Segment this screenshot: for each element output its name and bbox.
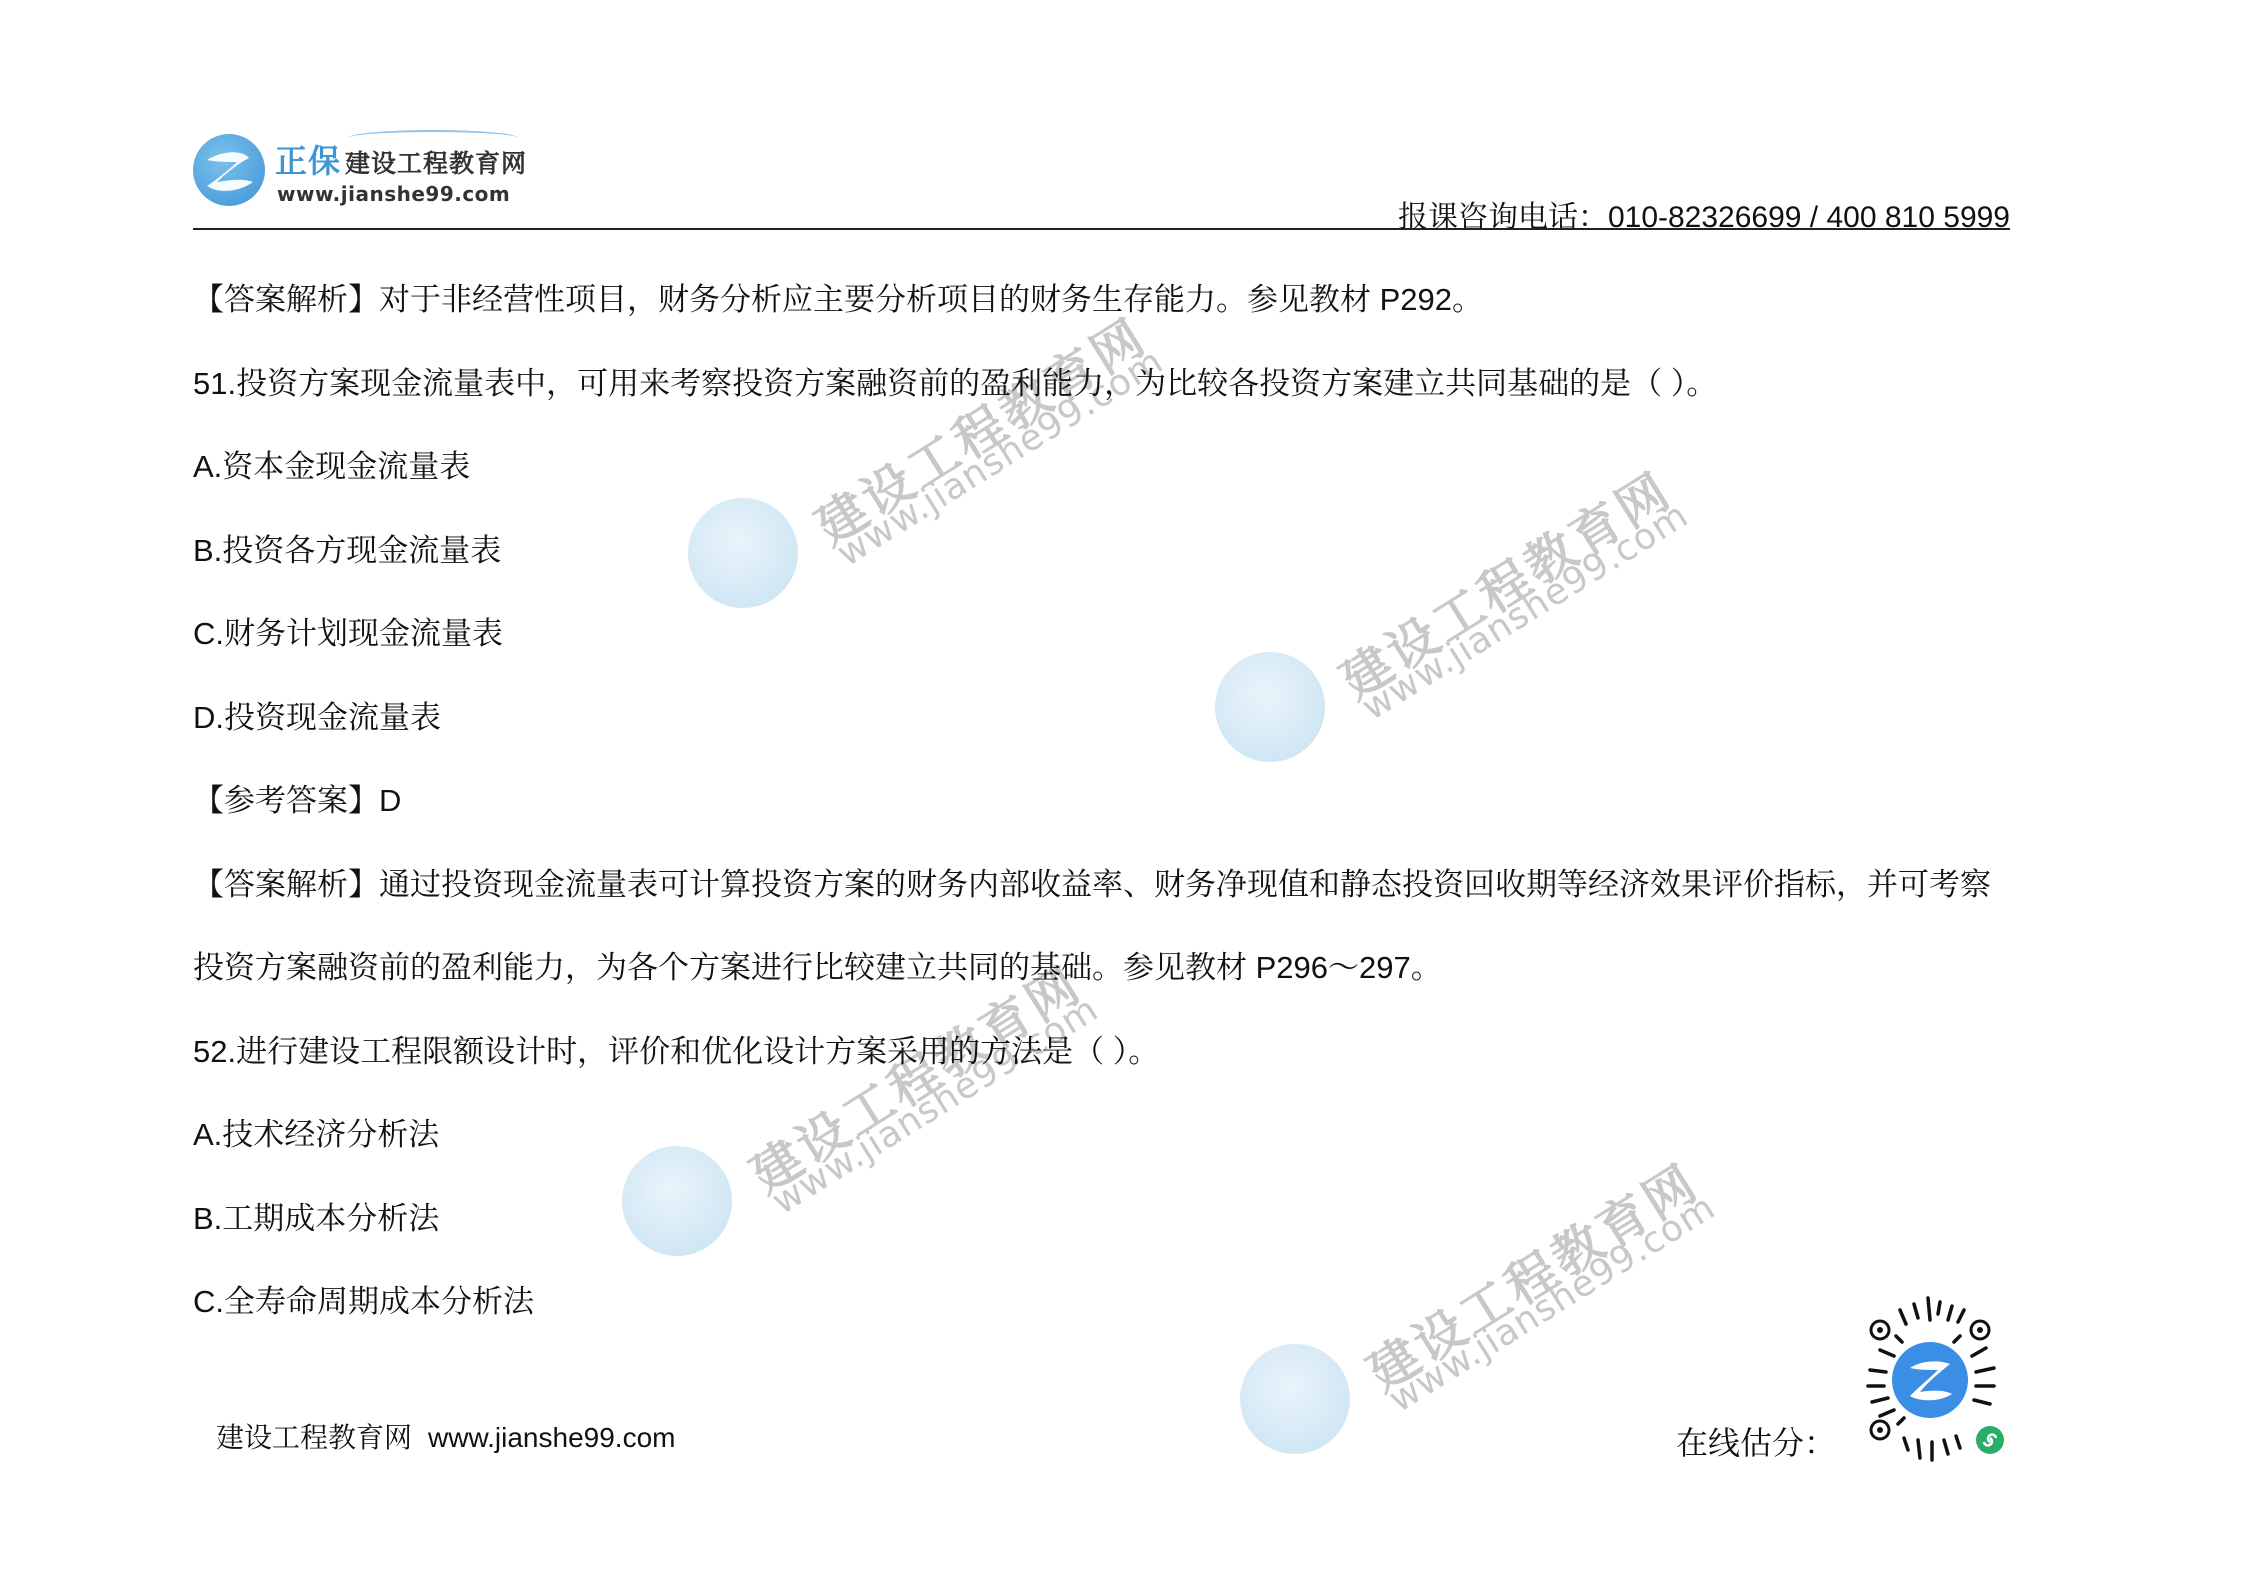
- q51-reference-answer: 【参考答案】D: [193, 759, 2073, 843]
- watermark-logo-icon: [1240, 1344, 1350, 1454]
- miniprogram-icon: [1976, 1426, 2004, 1454]
- q52-option-c: C.全寿命周期成本分析法: [193, 1260, 2073, 1344]
- footer-site-name: 建设工程教育网: [216, 1422, 412, 1453]
- q51-analysis-line-1: 【答案解析】通过投资现金流量表可计算投资方案的财务内部收益率、财务净现值和静态投…: [193, 843, 2073, 927]
- q51-option-b: B.投资各方现金流量表: [193, 509, 2073, 593]
- q51-option-a: A.资本金现金流量表: [193, 425, 2073, 509]
- logo-name: 建设工程教育网: [345, 144, 527, 180]
- footer-site-url[interactable]: www.jianshe99.com: [428, 1422, 675, 1453]
- footer-site: 建设工程教育网www.jianshe99.com: [216, 1416, 675, 1456]
- site-logo: 正保 建设工程教育网 www.jianshe99.com: [193, 130, 533, 210]
- logo-url: www.jianshe99.com: [277, 182, 510, 206]
- q52-option-b: B.工期成本分析法: [193, 1177, 2073, 1261]
- zhengbao-logo-icon: [193, 134, 265, 206]
- miniprogram-qr-code[interactable]: [1840, 1290, 2020, 1470]
- q52-option-a: A.技术经济分析法: [193, 1093, 2073, 1177]
- header-divider: [193, 228, 2010, 230]
- question-51: 51.投资方案现金流量表中，可用来考察投资方案融资前的盈利能力，为比较各投资方案…: [193, 342, 2073, 426]
- online-score-label: 在线估分：: [1676, 1418, 1836, 1464]
- prev-answer-analysis: 【答案解析】对于非经营性项目，财务分析应主要分析项目的财务生存能力。参见教材 P…: [193, 258, 2073, 342]
- logo-brand: 正保: [275, 136, 341, 182]
- q51-option-d: D.投资现金流量表: [193, 676, 2073, 760]
- qr-code-icon: [1840, 1290, 2020, 1470]
- document-body: 【答案解析】对于非经营性项目，财务分析应主要分析项目的财务生存能力。参见教材 P…: [193, 258, 2073, 1344]
- question-52: 52.进行建设工程限额设计时，评价和优化设计方案采用的方法是（ ）。: [193, 1010, 2073, 1094]
- q51-analysis-line-2: 投资方案融资前的盈利能力，为各个方案进行比较建立共同的基础。参见教材 P296～…: [193, 926, 2073, 1010]
- q51-option-c: C.财务计划现金流量表: [193, 592, 2073, 676]
